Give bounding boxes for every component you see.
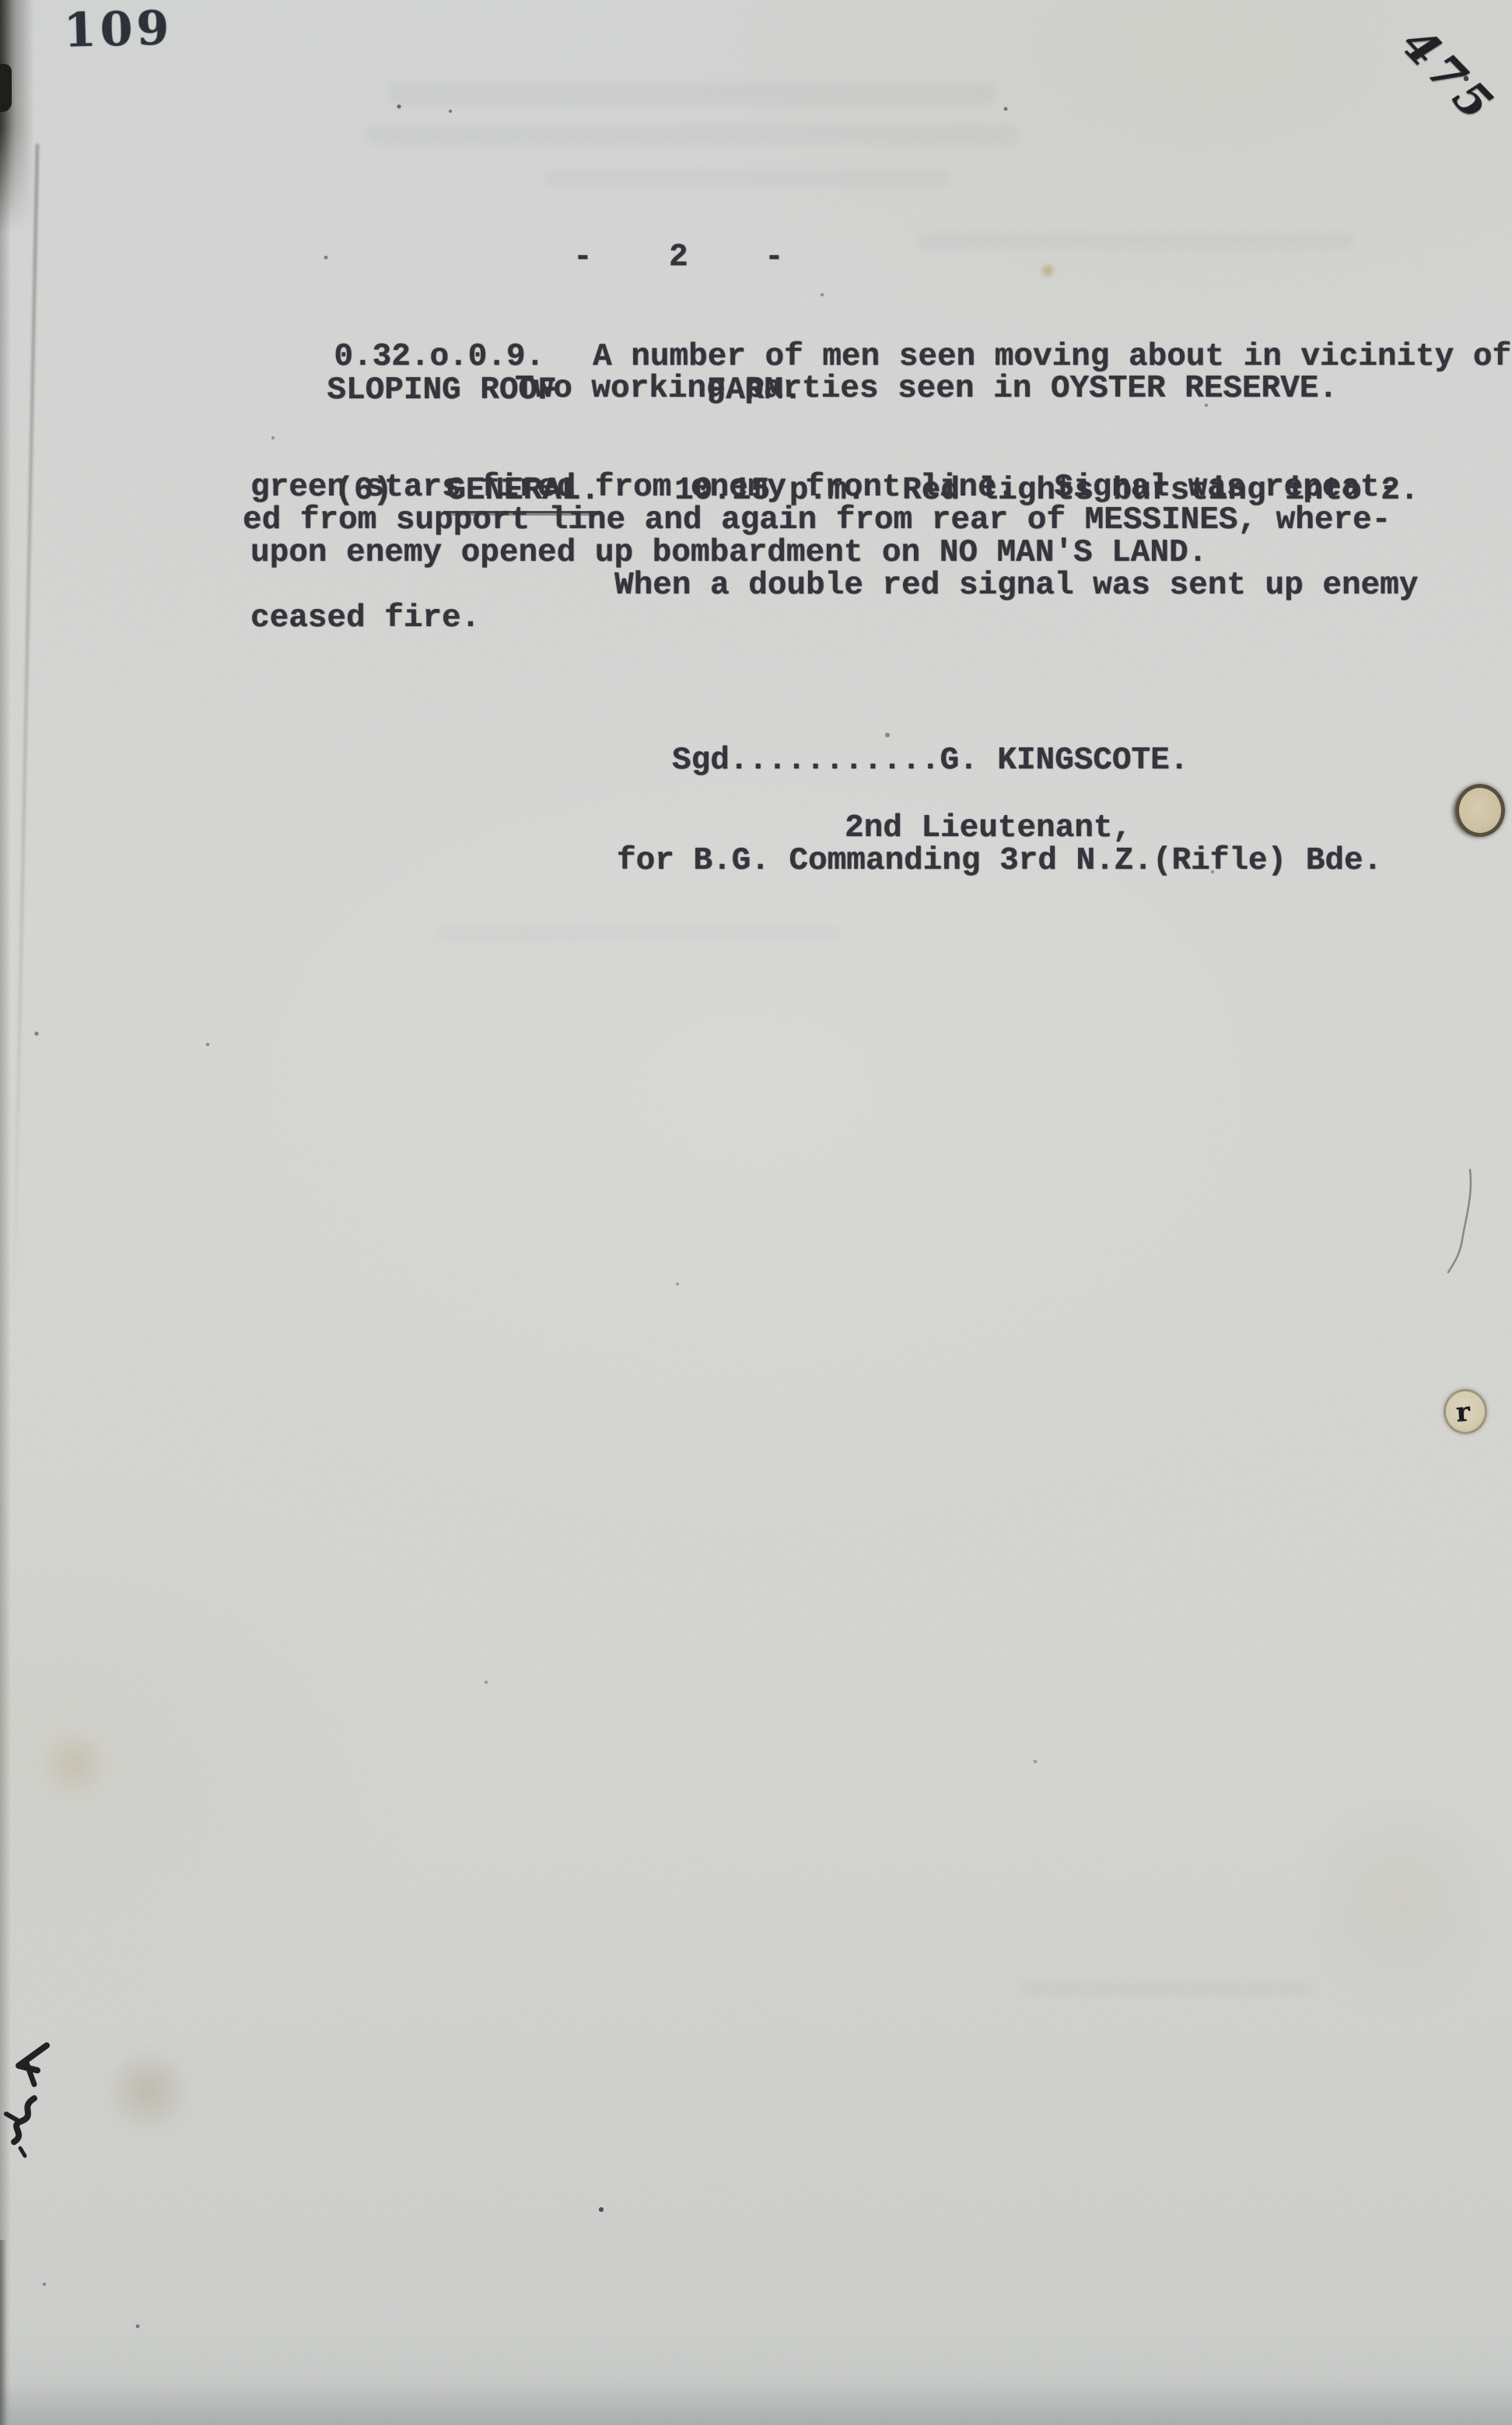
entry-general-line6: ceased fire.	[250, 600, 480, 636]
bleedthrough-text-ghost	[544, 170, 949, 187]
entry-general-line4: upon enemy opened up bombardment on NO M…	[250, 535, 1207, 571]
bleedthrough-text-ghost	[436, 926, 840, 941]
page-number: - 2 -	[573, 240, 784, 275]
signature-authority-line: for B.G. Commanding 3rd N.Z.(Rifle) Bde.	[617, 843, 1382, 879]
signature-rank-line: 2nd Lieutenant,	[845, 810, 1132, 846]
folio-number-handwritten: 475	[1392, 18, 1506, 133]
bleedthrough-text-ghost	[366, 124, 1019, 145]
paper-crease	[12, 144, 39, 1310]
entry-general-line2: green stars fired from enemy front line.…	[250, 470, 1398, 506]
paper-stain	[103, 2047, 194, 2134]
handwritten-margin-marks	[3, 2039, 96, 2168]
entry-oyster-line3: Two working parties seen in OYSTER RESER…	[515, 371, 1338, 407]
punch-hole-bottom: r	[1444, 1389, 1487, 1434]
ink-specks	[0, 0, 2, 2]
entry-general-line5: When a double red signal was sent up ene…	[614, 568, 1418, 604]
bleedthrough-text-ghost	[389, 82, 996, 106]
signature-signed-line: Sgd...........G. KINGSCOTE.	[672, 743, 1188, 779]
scratch-mark	[1445, 1168, 1478, 1281]
bleedthrough-letter: r	[1455, 1399, 1471, 1426]
punch-hole-top	[1455, 784, 1505, 837]
binding-ink-blob	[0, 64, 12, 112]
paper-stain	[37, 1728, 112, 1800]
archive-page-stamp: 109	[63, 5, 173, 54]
war-diary-page: 109 475 - 2 - 0.32.o.0.9.A number of men…	[0, 0, 1512, 2425]
page-bottom-shadow	[0, 2381, 1512, 2425]
binding-edge-dark	[0, 0, 34, 233]
entry-general-line3: ed from support line and again from rear…	[243, 502, 1391, 538]
paper-stain	[1314, 1773, 1486, 2030]
bleedthrough-text-ghost	[1019, 1982, 1314, 1996]
paper-stain	[1039, 263, 1056, 278]
bleedthrough-text-ghost	[918, 233, 1353, 249]
